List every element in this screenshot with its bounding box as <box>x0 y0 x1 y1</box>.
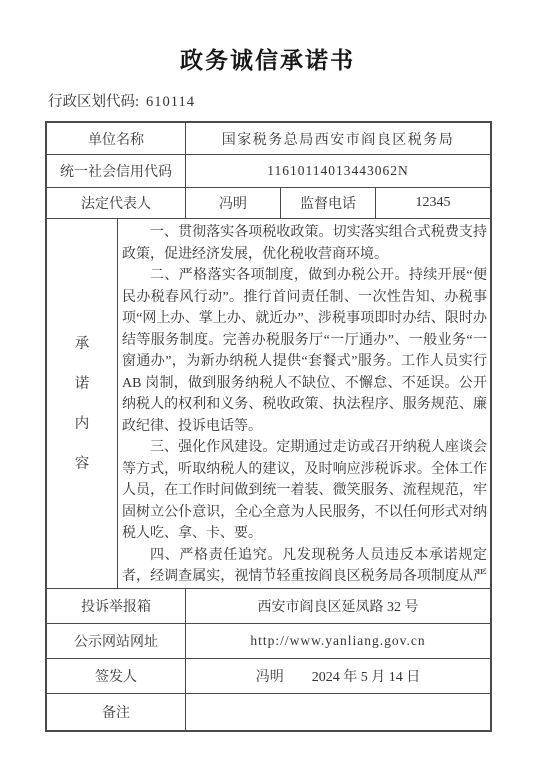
row-issuer: 签发人 冯明 2024 年 5 月 14 日 <box>47 658 490 693</box>
unit-name-value: 国家税务总局西安市阎良区税务局 <box>185 123 490 154</box>
page-title: 政务诚信承诺书 <box>0 0 535 75</box>
row-credit-code: 统一社会信用代码 11610114013443062N <box>47 154 490 187</box>
remarks-value <box>185 694 490 730</box>
commitment-document: 政务诚信承诺书 行政区划代码:610114 单位名称 国家税务总局西安市阎良区税… <box>0 0 535 775</box>
issuer-value: 冯明 2024 年 5 月 14 日 <box>185 659 490 693</box>
commitment-paragraph-1: 一、贯彻落实各项税收政策。切实落实组合式税费支持政策，促进经济发展，优化税收营商… <box>122 222 487 265</box>
complaint-box-label: 投诉举报箱 <box>47 589 185 623</box>
admin-code-label: 行政区划代码: <box>48 94 139 110</box>
legal-rep-label: 法定代表人 <box>47 188 185 218</box>
website-label: 公示网站网址 <box>47 624 185 658</box>
row-website: 公示网站网址 http://www.yanliang.gov.cn <box>47 623 490 658</box>
admin-code-value: 610114 <box>146 94 195 110</box>
legal-rep-value: 冯明 <box>185 188 280 218</box>
row-legal-rep: 法定代表人 冯明 监督电话 12345 <box>47 187 490 218</box>
supervise-phone-value: 12345 <box>375 188 490 218</box>
credit-code-label: 统一社会信用代码 <box>47 155 185 187</box>
commitment-paragraph-4: 四、严格责任追究。凡发现税务人员违反本承诺规定者，经调查属实，视情节轻重按阎良区… <box>122 545 487 589</box>
commitment-content: 一、贯彻落实各项税收政策。切实落实组合式税费支持政策，促进经济发展，优化税收营商… <box>117 219 490 588</box>
commitment-paragraph-3: 三、强化作风建设。定期通过走访或召开纳税人座谈会等方式，听取纳税人的建议，及时响… <box>122 437 487 545</box>
credit-code-value: 11610114013443062N <box>185 155 490 187</box>
commitment-label: 承诺内容 <box>74 324 90 484</box>
website-value: http://www.yanliang.gov.cn <box>185 624 490 658</box>
row-commitment: 承诺内容 一、贯彻落实各项税收政策。切实落实组合式税费支持政策，促进经济发展，优… <box>47 218 490 588</box>
supervise-phone-label: 监督电话 <box>280 188 375 218</box>
remarks-label: 备注 <box>47 694 185 730</box>
row-complaint-box: 投诉举报箱 西安市阎良区延凤路 32 号 <box>47 588 490 623</box>
complaint-box-value: 西安市阎良区延凤路 32 号 <box>185 589 490 623</box>
row-remarks: 备注 <box>47 693 490 730</box>
unit-name-label: 单位名称 <box>47 123 185 154</box>
commitment-table: 单位名称 国家税务总局西安市阎良区税务局 统一社会信用代码 1161011401… <box>45 121 492 732</box>
commitment-label-cell: 承诺内容 <box>47 219 117 588</box>
admin-division-code: 行政区划代码:610114 <box>48 90 535 111</box>
issuer-label: 签发人 <box>47 659 185 693</box>
commitment-paragraph-2: 二、严格落实各项制度，做到办税公开。持续开展“便民办税春风行动”。推行首问责任制… <box>122 265 487 437</box>
row-unit-name: 单位名称 国家税务总局西安市阎良区税务局 <box>47 123 490 154</box>
